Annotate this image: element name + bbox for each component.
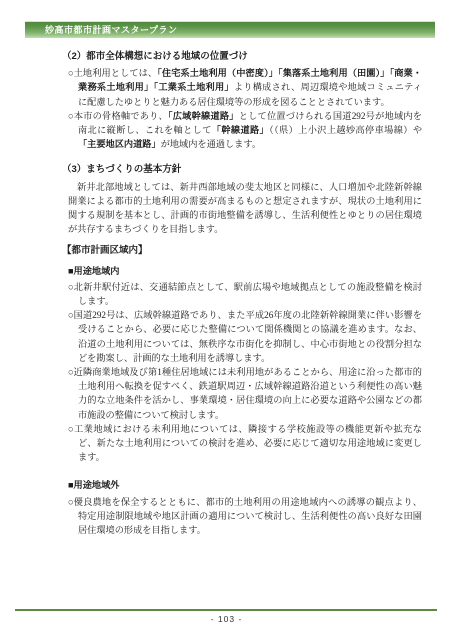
bullet-item: ○工業地域における未利用地については、隣接する学校施設等の機能更新や拡充など、新… (62, 422, 422, 465)
document-body: （2）都市全体構想における地域の位置づけ○土地利用としては、「住宅系土地利用（中… (62, 50, 422, 537)
area-label: 【都市計画区域内】 (62, 244, 422, 258)
bullet-item: ○本市の骨格軸であり、「広域幹線道路」として位置づけられる国道292号が地域内を… (62, 109, 422, 152)
subsection-heading: ■用途地域内 (62, 264, 422, 278)
spacer-lg (62, 151, 422, 163)
text-segment: ■用途地域外 (68, 480, 120, 490)
page-number: - 103 - (0, 614, 453, 624)
bullet-item: ○優良農地を保全するとともに、都市的土地利用の用途地域内への誘導の観点より、特定… (62, 495, 422, 538)
text-segment: ○土地利用としては、 (68, 68, 157, 78)
text-segment: ○国道292号は、広域幹線道路であり、また平成26年度の北陸新幹線開業に伴い影響… (68, 310, 422, 363)
paragraph: 新井北部地域としては、新井西部地域の斐太地区と同様に、人口増加や北陸新幹線開業に… (62, 180, 422, 237)
spacer-md (62, 236, 422, 244)
text-segment: ○工業地域における未利用地については、隣接する学校施設等の機能更新や拡充など、新… (68, 424, 422, 462)
spacer-xl (62, 464, 422, 478)
text-segment: 【都市計画区域内】 (62, 245, 148, 256)
text-segment: ○優良農地を保全するとともに、都市的土地利用の用途地域内への誘導の観点より、特定… (68, 497, 422, 535)
section-heading: （2）都市全体構想における地域の位置づけ (62, 50, 422, 64)
bullet-item: ○北新井駅付近は、交通結節点として、駅前広場や地域拠点としての施設整備を検討しま… (62, 280, 422, 308)
text-segment: ■用途地域内 (68, 266, 120, 276)
text-segment: 新井北部地域としては、新井西部地域の斐太地区と同様に、人口増加や北陸新幹線開業に… (68, 182, 422, 235)
subsection-heading: ■用途地域外 (62, 478, 422, 492)
document-title: 妙高市都市計画マスタープラン (25, 22, 435, 38)
text-segment: が地域内を通過します。 (161, 139, 261, 149)
emphasized-text: 「主要地区内道路」 (78, 139, 161, 149)
bullet-item: ○国道292号は、広域幹線道路であり、また平成26年度の北陸新幹線開業に伴い影響… (62, 308, 422, 365)
text-segment: ○本市の骨格軸であり、 (68, 111, 168, 121)
footer-rule (15, 609, 437, 611)
bullet-item: ○土地利用としては、「住宅系土地利用（中密度）」「集落系土地利用（田園）」「商業… (62, 66, 422, 109)
emphasized-text: 「広域幹線道路」 (168, 111, 239, 121)
text-segment: ○近隣商業地域及び第1種住居地域には未利用地があることから、用途に沿った都市的土… (68, 367, 422, 420)
text-segment: （（県）上小沢上越妙高停車場線）や (269, 125, 422, 135)
bullet-item: ○近隣商業地域及び第1種住居地域には未利用地があることから、用途に沿った都市的土… (62, 365, 422, 422)
text-segment: （3）まちづくりの基本方針 (62, 164, 181, 175)
text-segment: ○北新井駅付近は、交通結節点として、駅前広場や地域拠点としての施設整備を検討しま… (68, 282, 422, 306)
title-banner: 妙高市都市計画マスタープラン (25, 21, 435, 38)
emphasized-text: 「幹線道路」 (212, 125, 269, 135)
text-segment: （2）都市全体構想における地域の位置づけ (62, 51, 248, 62)
section-heading: （3）まちづくりの基本方針 (62, 163, 422, 177)
